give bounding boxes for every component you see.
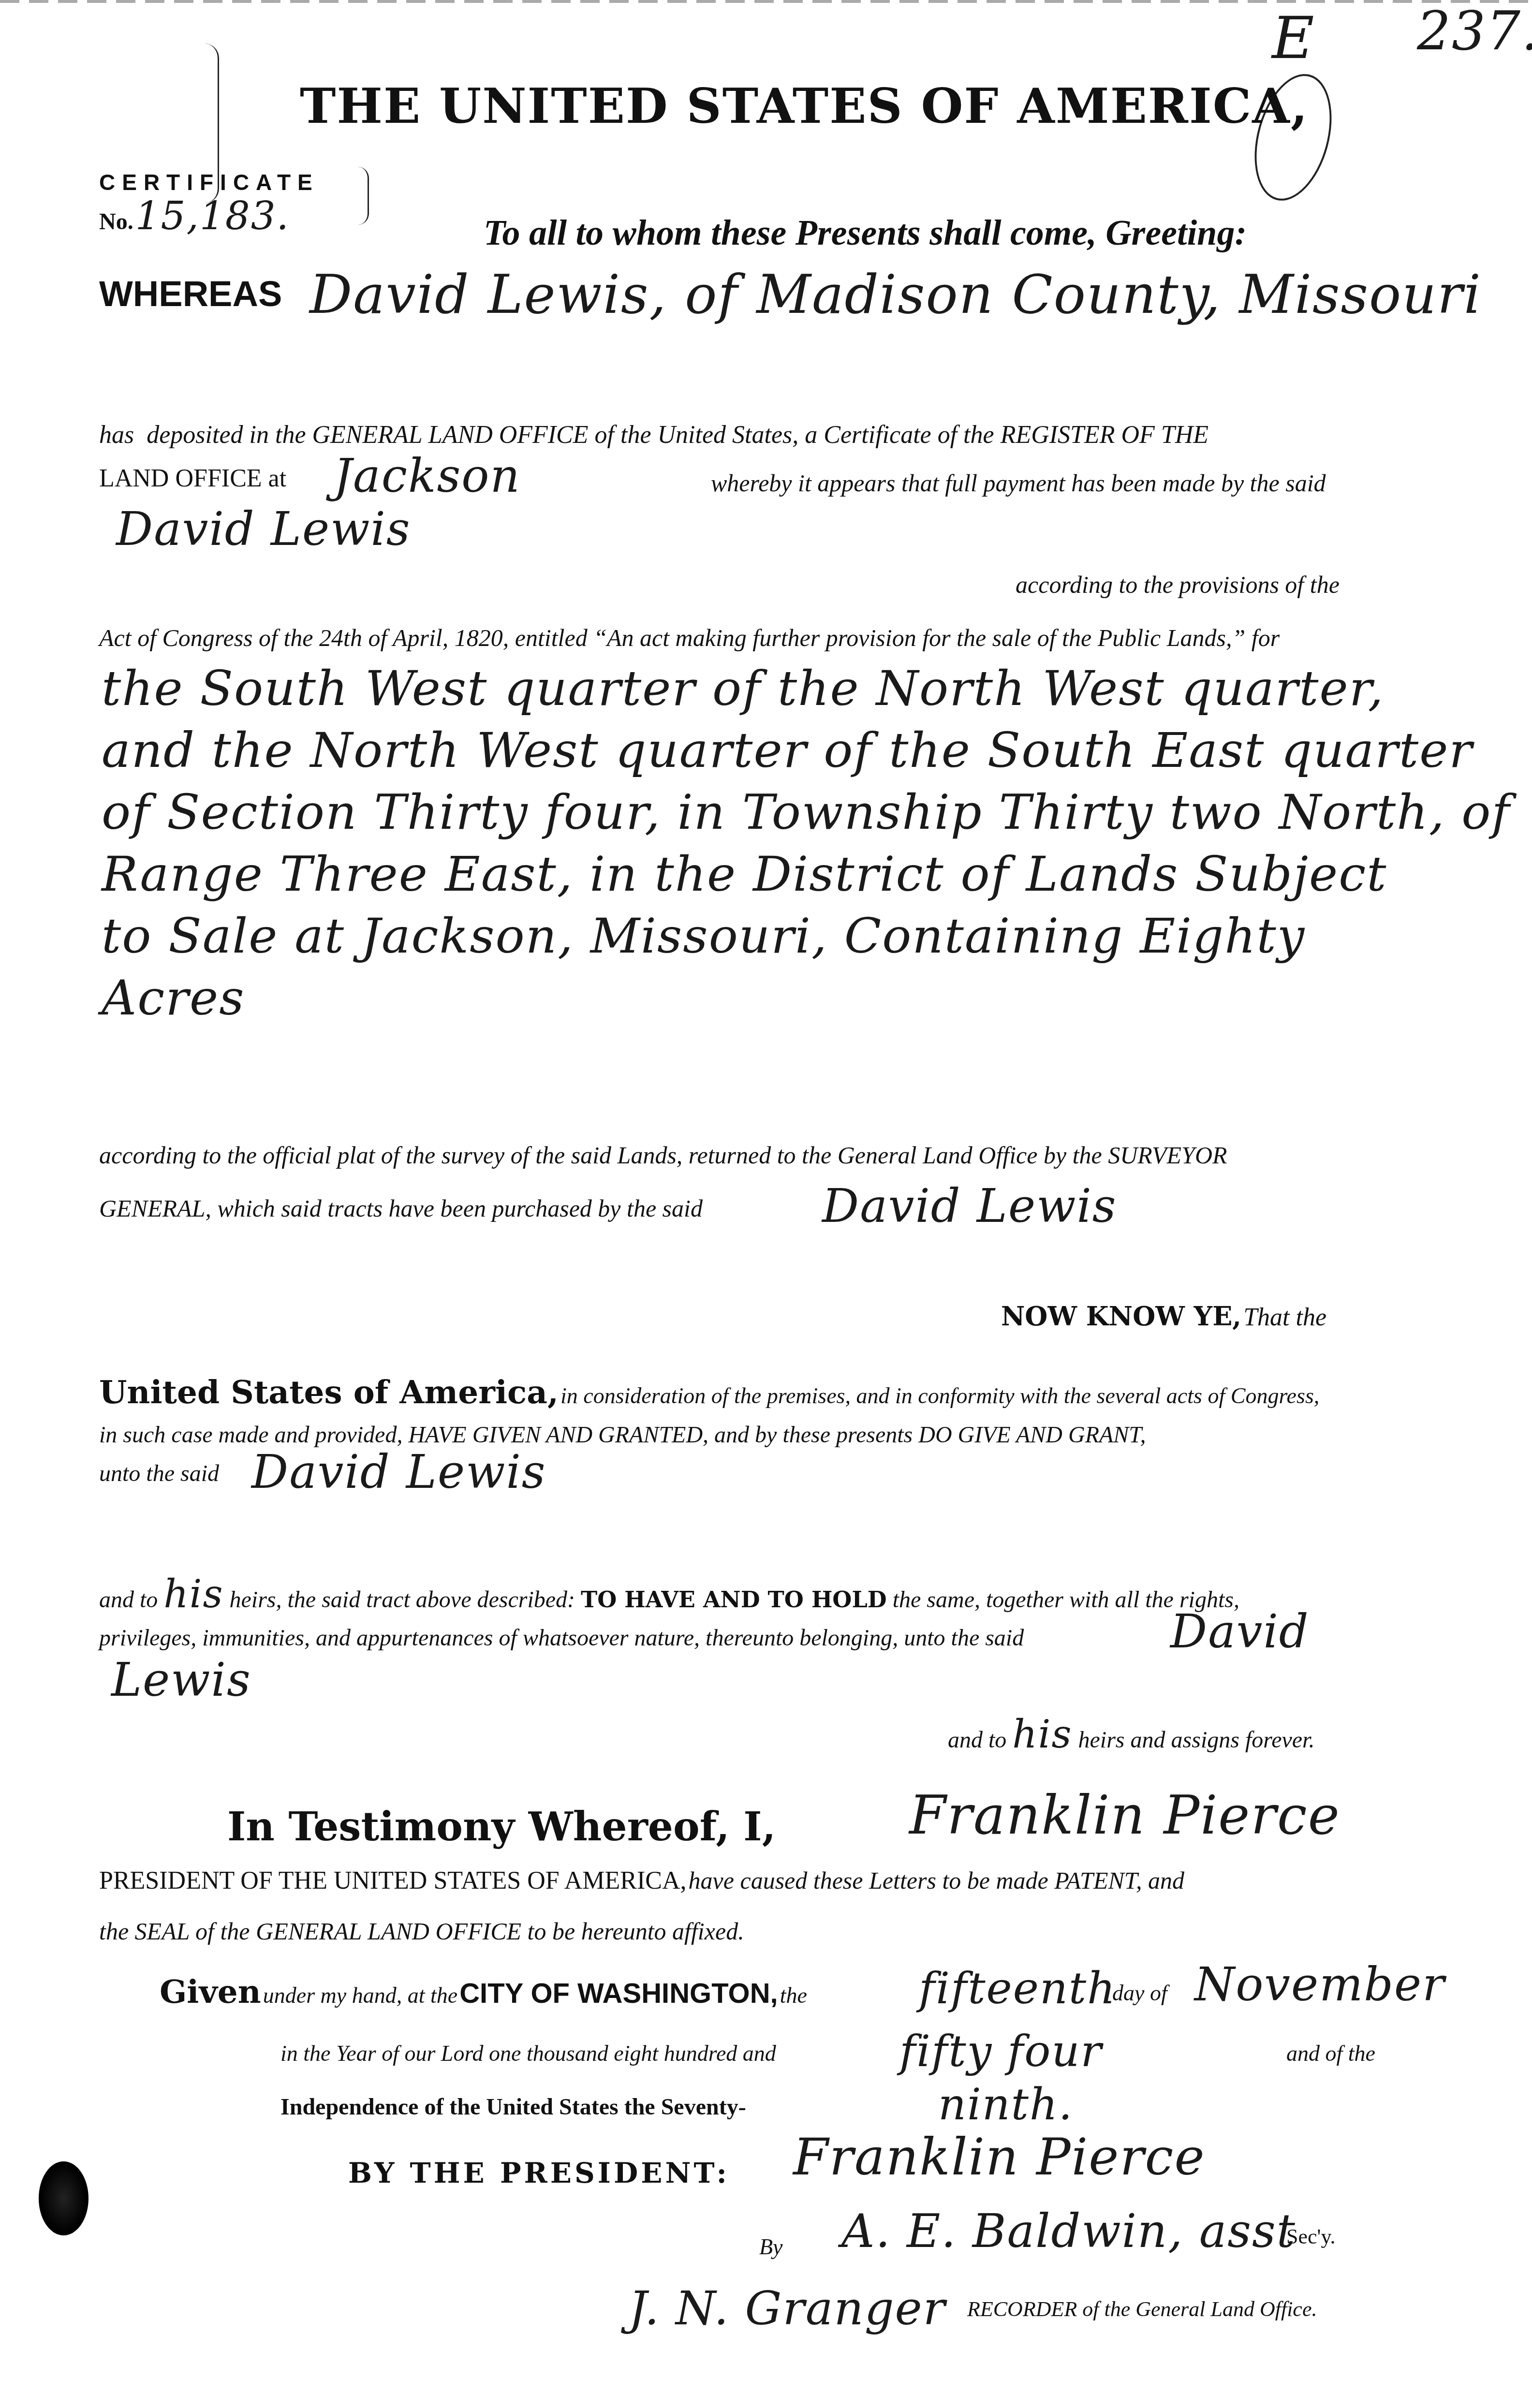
letters-patent: have caused these Letters to be made PAT… — [689, 1867, 1184, 1894]
land-office-name: Jackson — [334, 450, 521, 503]
certificate-no-label: No. — [99, 209, 133, 235]
given-word: Given — [160, 1973, 261, 2011]
independence-line: Independence of the United States the Se… — [280, 2094, 746, 2120]
land-description-line: and the North West quarter of the South … — [102, 719, 1510, 781]
has-word: has — [99, 421, 134, 449]
privileges-line: privileges, immunities, and appurtenance… — [99, 1625, 1024, 1651]
heirs-assigns: heirs and assigns forever. — [1078, 1727, 1315, 1753]
city-of-washington: CITY OF WASHINGTON, — [459, 1978, 778, 2009]
letter-marker: E — [1272, 5, 1315, 72]
usa-blackletter: United States of America, — [99, 1373, 559, 1411]
president-line: PRESIDENT OF THE UNITED STATES OF AMERIC… — [99, 1866, 1184, 1895]
given-granted-line: in such case made and provided, HAVE GIV… — [99, 1422, 1146, 1448]
president-signature: Franklin Pierce — [793, 2128, 1206, 2187]
certificate-bracket — [358, 167, 369, 225]
year-value: fifty four — [899, 2026, 1103, 2077]
certificate-no-value: 15,183. — [135, 193, 290, 238]
day-of: day of — [1112, 1980, 1167, 2006]
grantee-name: David Lewis — [251, 1446, 546, 1499]
forever-line: and to his heirs and assigns forever. — [948, 1712, 1314, 1757]
document-title: THE UNITED STATES OF AMERICA, — [300, 77, 1309, 134]
purchased-line: GENERAL, which said tracts have been pur… — [99, 1194, 703, 1222]
now-know-ye: NOW KNOW YE, That the — [1001, 1301, 1326, 1332]
and-of-the: and of the — [1286, 2041, 1375, 2066]
provisions-line: according to the provisions of the — [1016, 571, 1340, 599]
plat-line: according to the official plat of the su… — [99, 1141, 1227, 1169]
land-description: the South West quarter of the North West… — [102, 658, 1510, 1029]
land-description-line: to Sale at Jackson, Missouri, Containing… — [102, 905, 1510, 967]
to-have-and-to-hold: TO HAVE AND TO HOLD — [581, 1586, 887, 1613]
the-word: the — [780, 1983, 807, 2008]
that-the: That the — [1243, 1304, 1326, 1331]
heirs-text: heirs, the said tract above described: — [230, 1587, 575, 1613]
unto-the-said: unto the said — [99, 1460, 219, 1487]
now-know-ye-label: NOW KNOW YE, — [1001, 1301, 1241, 1332]
independence-year: ninth. — [938, 2079, 1073, 2130]
by-label: By — [759, 2234, 783, 2260]
his-handwritten: his — [1012, 1712, 1072, 1757]
general-land-office-seal — [39, 2161, 88, 2235]
and-to: and to — [948, 1727, 1006, 1753]
land-description-line: Acres — [102, 967, 1510, 1029]
and-to: and to — [99, 1587, 158, 1613]
land-office-label: LAND OFFICE at — [99, 464, 286, 493]
president-name: Franklin Pierce — [909, 1784, 1340, 1846]
year-line: in the Year of our Lord one thousand eig… — [280, 2041, 776, 2066]
given-line: Given under my hand, at the CITY OF WASH… — [160, 1973, 807, 2011]
recorder-title: RECORDER of the General Land Office. — [967, 2297, 1317, 2321]
consideration-line: United States of America, in considerati… — [99, 1373, 1319, 1411]
day-value: fifteenth — [919, 1963, 1116, 2014]
grantee-first-name: David — [1170, 1605, 1310, 1659]
recorder-signature: J. N. Granger — [629, 2282, 946, 2335]
deposited-text: deposited in the GENERAL LAND OFFICE of … — [147, 421, 1208, 449]
land-description-line: the South West quarter of the North West… — [102, 658, 1510, 719]
secretary-title: Sec'y. — [1286, 2224, 1336, 2249]
under-hand: under my hand, at the — [263, 1983, 457, 2008]
deposited-line: has deposited in the GENERAL LAND OFFICE… — [99, 421, 1208, 449]
certificate-label: CERTIFICATE — [99, 169, 319, 195]
grantee-residence: David Lewis, of Madison County, Missouri — [309, 264, 1482, 325]
by-the-president: BY THE PRESIDENT: — [348, 2157, 730, 2189]
consideration-text: in consideration of the premises, and in… — [560, 1383, 1319, 1408]
in-testimony-whereof: In Testimony Whereof, I, — [227, 1804, 776, 1850]
whereas-label: WHEREAS — [99, 273, 282, 314]
page-number: 237. — [1417, 0, 1532, 62]
month-value: November — [1194, 1958, 1445, 2012]
full-payment-line: whereby it appears that full payment has… — [711, 469, 1326, 497]
president-caps: PRESIDENT OF THE UNITED STATES OF AMERIC… — [99, 1867, 687, 1894]
land-description-line: Range Three East, in the District of Lan… — [102, 843, 1510, 905]
seal-line: the SEAL of the GENERAL LAND OFFICE to b… — [99, 1917, 744, 1945]
certificate-number: No. 15,183. — [99, 193, 290, 238]
grantee-last-name: Lewis — [111, 1654, 251, 1707]
scan-edge-line — [0, 0, 1532, 3]
secretary-signature: A. E. Baldwin, asst — [841, 2205, 1296, 2258]
land-description-line: of Section Thirty four, in Township Thir… — [102, 781, 1510, 843]
his-handwritten: his — [163, 1571, 223, 1616]
purchaser-name: David Lewis — [822, 1180, 1117, 1233]
payer-name: David Lewis — [116, 503, 411, 556]
act-of-congress-line: Act of Congress of the 24th of April, 18… — [99, 624, 1280, 652]
greeting: To all to whom these Presents shall come… — [484, 213, 1247, 254]
heirs-line: and to his heirs, the said tract above d… — [99, 1571, 1239, 1616]
